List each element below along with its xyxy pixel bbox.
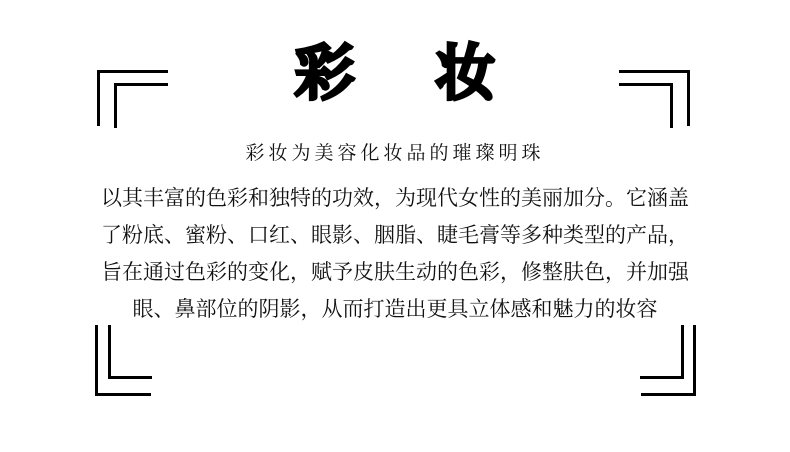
description-line: 了粉底、蜜粉、口红、眼影、胭脂、睫毛膏等多种类型的产品， <box>0 217 790 254</box>
description-line: 以其丰富的色彩和独特的功效，为现代女性的美丽加分。它涵盖 <box>0 180 790 217</box>
description-paragraph: 以其丰富的色彩和独特的功效，为现代女性的美丽加分。它涵盖 了粉底、蜜粉、口红、眼… <box>0 180 790 328</box>
bracket-line <box>95 325 98 396</box>
bracket-line <box>640 376 684 379</box>
description-line: 旨在通过色彩的变化，赋予皮肤生动的色彩，修整肤色，并加强 <box>0 254 790 291</box>
bracket-line <box>693 325 696 396</box>
bracket-line <box>95 393 151 396</box>
bracket-line <box>108 325 111 379</box>
bracket-line <box>108 376 152 379</box>
subtitle: 彩妆为美容化妆品的璀璨明珠 <box>0 138 790 168</box>
page-title: 彩 妆 <box>0 34 790 114</box>
bracket-line <box>681 325 684 379</box>
bracket-line <box>641 393 696 396</box>
description-line: 眼、鼻部位的阴影，从而打造出更具立体感和魅力的妆容 <box>0 291 790 328</box>
